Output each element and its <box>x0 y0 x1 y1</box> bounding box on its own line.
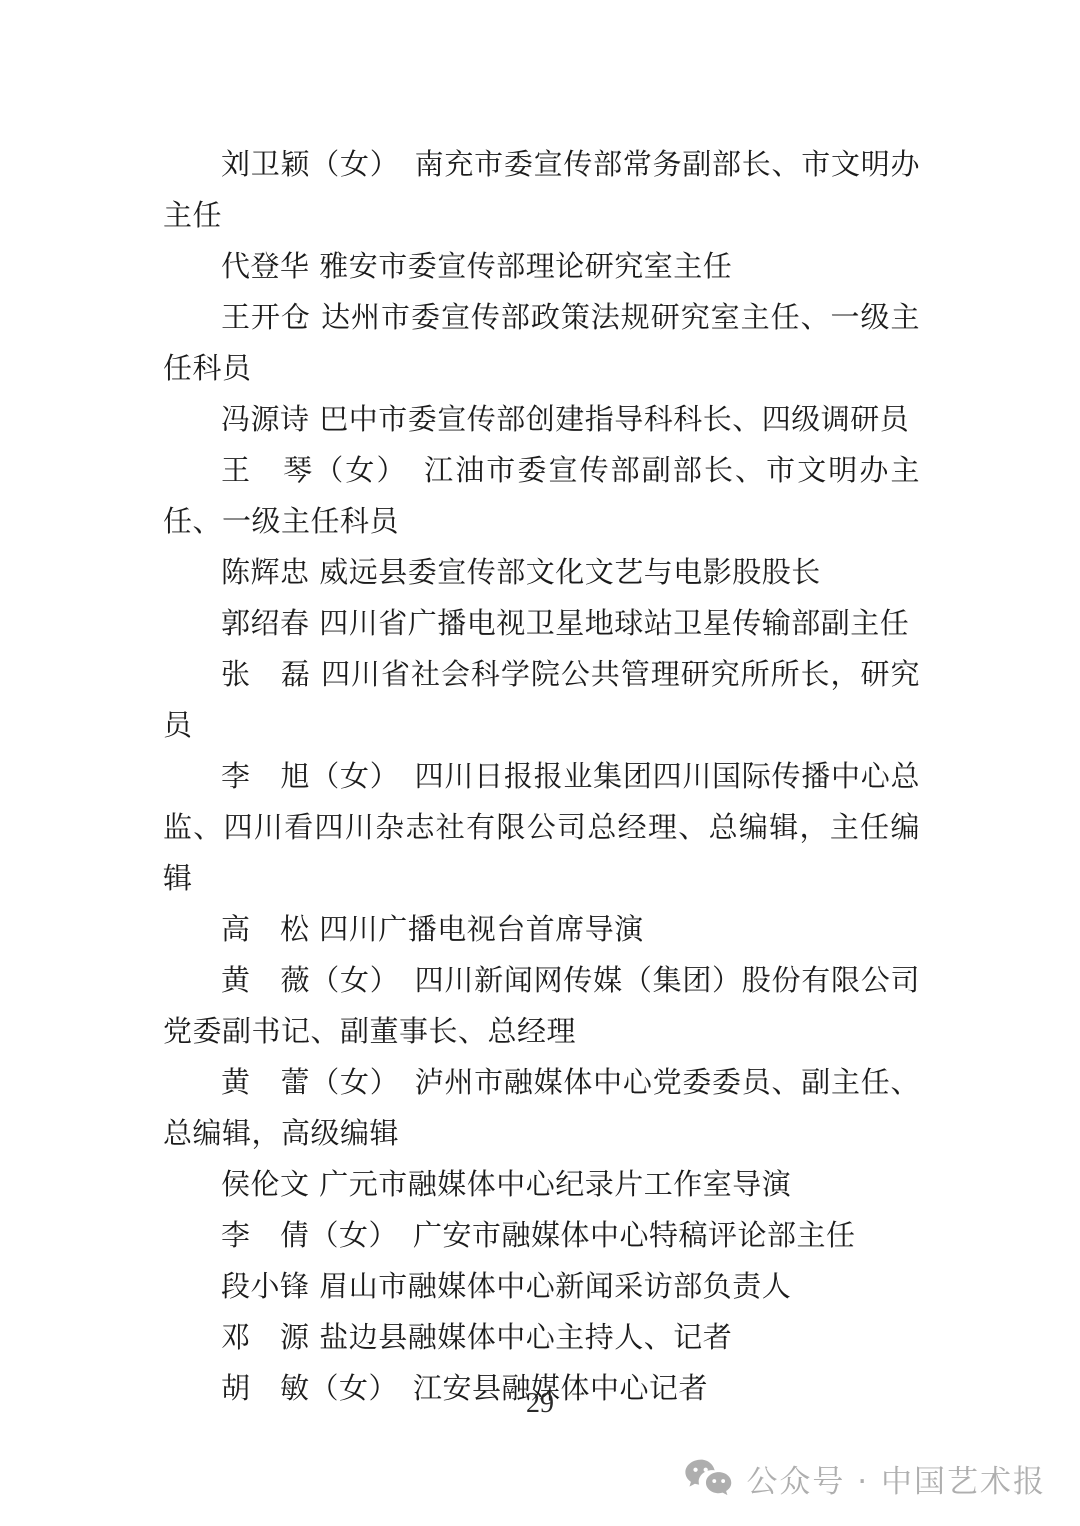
entry: 黄 蕾（女） 泸州市融媒体中心党委委员、副主任、总编辑，高级编辑 <box>163 1057 920 1159</box>
entry: 代登华 雅安市委宣传部理论研究室主任 <box>163 241 920 292</box>
entry-list: 刘卫颖（女） 南充市委宣传部常务副部长、市文明办主任代登华 雅安市委宣传部理论研… <box>163 139 920 1414</box>
entry: 冯源诗 巴中市委宣传部创建指导科科长、四级调研员 <box>163 394 920 445</box>
wechat-icon <box>684 1458 732 1500</box>
watermark-text: 公众号 · 中国艺术报 <box>746 1456 1046 1501</box>
entry: 黄 薇（女） 四川新闻网传媒（集团）股份有限公司党委副书记、副董事长、总经理 <box>163 955 920 1057</box>
entry: 王 琴（女） 江油市委宣传部副部长、市文明办主任、一级主任科员 <box>163 445 920 547</box>
entry: 侯伦文 广元市融媒体中心纪录片工作室导演 <box>163 1159 920 1210</box>
entry: 郭绍春 四川省广播电视卫星地球站卫星传输部副主任 <box>163 598 920 649</box>
entry: 邓 源 盐边县融媒体中心主持人、记者 <box>163 1312 920 1363</box>
entry: 段小锋 眉山市融媒体中心新闻采访部负责人 <box>163 1261 920 1312</box>
entry: 张 磊 四川省社会科学院公共管理研究所所长，研究员 <box>163 649 920 751</box>
entry: 刘卫颖（女） 南充市委宣传部常务副部长、市文明办主任 <box>163 139 920 241</box>
page-number: 29 <box>0 1388 1080 1420</box>
footer-watermark: 公众号 · 中国艺术报 <box>684 1456 1046 1501</box>
entry: 王开仓 达州市委宣传部政策法规研究室主任、一级主任科员 <box>163 292 920 394</box>
document-page: 刘卫颖（女） 南充市委宣传部常务副部长、市文明办主任代登华 雅安市委宣传部理论研… <box>0 0 1080 1526</box>
entry: 陈辉忠 威远县委宣传部文化文艺与电影股股长 <box>163 547 920 598</box>
entry: 李 旭（女） 四川日报报业集团四川国际传播中心总监、四川看四川杂志社有限公司总经… <box>163 751 920 904</box>
entry: 李 倩（女） 广安市融媒体中心特稿评论部主任 <box>163 1210 920 1261</box>
entry: 高 松 四川广播电视台首席导演 <box>163 904 920 955</box>
